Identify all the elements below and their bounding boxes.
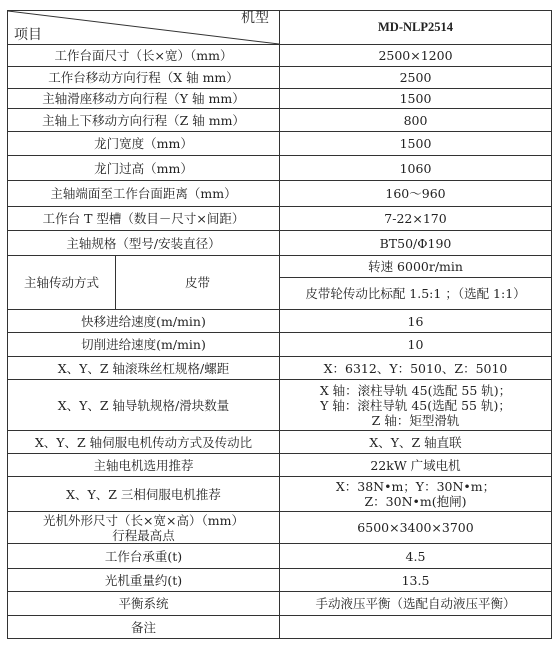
row-value: 10	[280, 333, 552, 357]
row-label: 光机重量约(t)	[8, 569, 280, 592]
table-row: 主轴上下移动方向行程（Z 轴 mm）800	[8, 109, 552, 132]
label-line: 行程最高点	[10, 528, 277, 543]
header-row: 机型 项目 MD-NLP2514	[8, 11, 552, 45]
row-value	[280, 616, 552, 639]
spindle-drive-row: 主轴传动方式 皮带 转速 6000r/min	[8, 256, 552, 278]
table-row: X、Y、Z 轴滚珠丝杠规格/螺距X：6312、Y：5010、Z：5010	[8, 357, 552, 380]
table-row: 切削进给速度(m/min)10	[8, 333, 552, 357]
row-label: X、Y、Z 轴伺服电机传动方式及传动比	[8, 431, 280, 454]
row-label: 备注	[8, 616, 280, 639]
row-label: 快移进给速度(m/min)	[8, 310, 280, 333]
row-label: X、Y、Z 三相伺服电机推荐	[8, 477, 280, 512]
row-label: 平衡系统	[8, 592, 280, 616]
table-row: 主轴端面至工作台面距离（mm）160～960	[8, 181, 552, 207]
table-row: 主轴规格（型号/安装直径）BT50/Φ190	[8, 231, 552, 256]
row-value: 6500×3400×3700	[280, 512, 552, 544]
row-label: 龙门过高（mm）	[8, 156, 280, 181]
row-value: 800	[280, 109, 552, 132]
table-row: 工作台 T 型槽（数目－尺寸×间距）7-22×170	[8, 207, 552, 231]
value-line: Z 轴：矩型滑轨	[282, 413, 549, 428]
item-corner-label: 项目	[14, 28, 42, 43]
spindle-ratio: 皮带轮传动比标配 1.5:1 ；（选配 1:1）	[280, 278, 552, 310]
row-value: 4.5	[280, 544, 552, 569]
table-row: 工作台移动方向行程（X 轴 mm）2500	[8, 67, 552, 89]
table-row: 快移进给速度(m/min)16	[8, 310, 552, 333]
diagonal-line	[8, 11, 279, 44]
row-label: X、Y、Z 轴导轨规格/滑块数量	[8, 380, 280, 431]
label-line: 光机外形尺寸（长×宽×高）（mm）	[10, 513, 277, 528]
row-value: 22kW 广域电机	[280, 454, 552, 477]
model-name: MD-NLP2514	[280, 11, 552, 45]
spindle-drive-label: 主轴传动方式	[8, 256, 116, 310]
row-value: X、Y、Z 轴直联	[280, 431, 552, 454]
table-row: 龙门过高（mm）1060	[8, 156, 552, 181]
row-label: 工作台移动方向行程（X 轴 mm）	[8, 67, 280, 89]
table-row: 工作台承重(t)4.5	[8, 544, 552, 569]
row-label: 工作台承重(t)	[8, 544, 280, 569]
value-line: Y 轴：滚柱导轨 45(选配 55 轨)；	[282, 398, 549, 413]
row-label: 主轴端面至工作台面距离（mm）	[8, 181, 280, 207]
table-row: 龙门宽度（mm）1500	[8, 132, 552, 156]
value-line: X：38N•m；Y：30N•m；	[282, 479, 549, 494]
row-value: 160～960	[280, 181, 552, 207]
row-value: 7-22×170	[280, 207, 552, 231]
row-value: 1500	[280, 132, 552, 156]
row-value: 手动液压平衡（选配自动液压平衡）	[280, 592, 552, 616]
table-row: 光机重量约(t)13.5	[8, 569, 552, 592]
table-row: 主轴电机选用推荐22kW 广域电机	[8, 454, 552, 477]
model-corner-label: 机型	[241, 11, 269, 26]
row-value: BT50/Φ190	[280, 231, 552, 256]
row-label: 主轴电机选用推荐	[8, 454, 280, 477]
table-row: 主轴滑座移动方向行程（Y 轴 mm）1500	[8, 89, 552, 109]
value-line: Z：30N•m(抱闸)	[282, 494, 549, 509]
row-value: 1500	[280, 89, 552, 109]
table-row: 备注	[8, 616, 552, 639]
row-value: 2500×1200	[280, 45, 552, 67]
spindle-speed: 转速 6000r/min	[280, 256, 552, 278]
row-label: 主轴上下移动方向行程（Z 轴 mm）	[8, 109, 280, 132]
row-label-multiline: 光机外形尺寸（长×宽×高）（mm） 行程最高点	[8, 512, 280, 544]
table-row: X、Y、Z 三相伺服电机推荐 X：38N•m；Y：30N•m； Z：30N•m(…	[8, 477, 552, 512]
row-value: 16	[280, 310, 552, 333]
row-label: 工作台 T 型槽（数目－尺寸×间距）	[8, 207, 280, 231]
row-label: 主轴滑座移动方向行程（Y 轴 mm）	[8, 89, 280, 109]
row-label: 主轴规格（型号/安装直径）	[8, 231, 280, 256]
row-value: 1060	[280, 156, 552, 181]
row-value: 13.5	[280, 569, 552, 592]
row-value: 2500	[280, 67, 552, 89]
diagonal-header-cell: 机型 项目	[8, 11, 280, 45]
row-label: 工作台面尺寸（长×宽）（mm）	[8, 45, 280, 67]
row-value-multiline: X 轴：滚柱导轨 45(选配 55 轨)； Y 轴：滚柱导轨 45(选配 55 …	[280, 380, 552, 431]
spec-table: 机型 项目 MD-NLP2514 工作台面尺寸（长×宽）（mm）2500×120…	[7, 10, 552, 639]
table-row: 平衡系统手动液压平衡（选配自动液压平衡）	[8, 592, 552, 616]
row-label: X、Y、Z 轴滚珠丝杠规格/螺距	[8, 357, 280, 380]
row-value: X：6312、Y：5010、Z：5010	[280, 357, 552, 380]
row-label: 龙门宽度（mm）	[8, 132, 280, 156]
row-value-multiline: X：38N•m；Y：30N•m； Z：30N•m(抱闸)	[280, 477, 552, 512]
table-row: 工作台面尺寸（长×宽）（mm）2500×1200	[8, 45, 552, 67]
table-row: X、Y、Z 轴伺服电机传动方式及传动比X、Y、Z 轴直联	[8, 431, 552, 454]
value-line: X 轴：滚柱导轨 45(选配 55 轨)；	[282, 383, 549, 398]
row-label: 切削进给速度(m/min)	[8, 333, 280, 357]
table-row: X、Y、Z 轴导轨规格/滑块数量 X 轴：滚柱导轨 45(选配 55 轨)； Y…	[8, 380, 552, 431]
spindle-drive-type: 皮带	[116, 256, 280, 310]
table-row: 光机外形尺寸（长×宽×高）（mm） 行程最高点 6500×3400×3700	[8, 512, 552, 544]
